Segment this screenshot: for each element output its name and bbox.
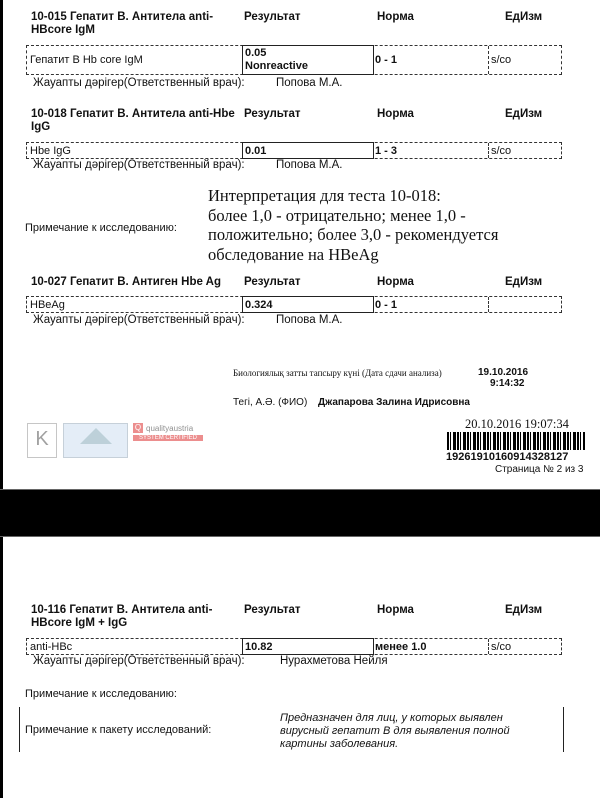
doctor-name: Попова М.А. [276, 314, 343, 326]
result-value: 10.82 [242, 638, 374, 655]
qa-cert: SYSTEM CERTIFIED [133, 435, 203, 441]
result-line: Nonreactive [245, 60, 373, 73]
test-title-line: IgG [31, 121, 246, 134]
param-name: Hbe IgG [30, 145, 71, 157]
param-name: anti-HBc [30, 641, 72, 653]
norm-header: Норма [377, 276, 414, 289]
test-title: 10-018 Гепатит В. Антитела anti-Hbe IgG [31, 108, 246, 134]
test-title-line: 10-018 Гепатит В. Антитела anti-Hbe [31, 108, 246, 121]
norm-value: менее 1.0 [375, 641, 426, 653]
note-label: Примечание к исследованию: [25, 222, 177, 234]
package-note-line: вирусный гепатит В для выявления полной [280, 725, 510, 738]
sample-date-label: Биологиялық затты тапсыру күні (Дата сда… [233, 368, 442, 378]
param-name: HBeAg [30, 299, 65, 311]
result-row: Гепатит В Hb core IgM 0.05 Nonreactive 0… [26, 45, 562, 75]
test-title-line: HBcore IgM + IgG [31, 617, 241, 630]
doctor-name: Попова М.А. [276, 159, 343, 171]
left-edge [0, 0, 3, 798]
unit-value [488, 297, 563, 312]
test-title-line: HBcore IgM [31, 24, 241, 37]
patient-name: Джапарова Залина Идрисовна [318, 397, 470, 408]
euro-asia-logo [63, 423, 128, 458]
result-row: Hbe IgG 0.01 1 - 3 s/co [26, 142, 562, 159]
sample-date: 19.10.2016 9:14:32 [478, 367, 528, 389]
result-header: Результат [244, 276, 300, 289]
package-note-line: картины заболевания. [280, 738, 510, 751]
doctor-name: Попова М.А. [276, 77, 343, 89]
norm-header: Норма [377, 108, 414, 121]
note-line: положительно; более 3,0 - рекомендуется [208, 225, 498, 245]
unit-header: ЕдИзм [505, 108, 542, 121]
result-header: Результат [244, 11, 300, 24]
barcode-number: 19261910160914328127 [446, 451, 568, 463]
unit-value: s/co [488, 639, 563, 654]
doctor-label: Жауапты дәрігер(Ответственный врач): [33, 77, 245, 89]
doctor-name: Нурахметова Нейля [280, 655, 388, 667]
test-title: 10-116 Гепатит В. Антитела anti- HBcore … [31, 604, 241, 630]
sample-date-value: 19.10.2016 [478, 367, 528, 378]
note-line: более 1,0 - отрицательно; менее 1,0 - [208, 206, 498, 226]
result-value: 0.324 [242, 296, 374, 313]
doctor-label: Жауапты дәрігер(Ответственный врач): [33, 314, 245, 326]
q-icon: Q [133, 423, 143, 433]
test-title-line: 10-116 Гепатит В. Антитела anti- [31, 604, 241, 617]
sample-time-value: 9:14:32 [478, 378, 528, 389]
test-title-line: 10-015 Гепатит В. Антитела anti- [31, 11, 241, 24]
name-label: Тегі, А.Ә. (ФИО) [233, 397, 307, 408]
result-line: 0.05 [245, 47, 373, 60]
package-note-line: Предназначен для лиц, у которых выявлен [280, 712, 510, 725]
norm-header: Норма [377, 604, 414, 617]
result-header: Результат [244, 108, 300, 121]
print-datetime: 20.10.2016 19:07:34 [465, 417, 569, 432]
norm-value: 0 - 1 [375, 54, 397, 66]
unit-value: s/co [488, 46, 563, 74]
quality-austria-logo: Q qualityaustria SYSTEM CERTIFIED [133, 423, 203, 456]
result-header: Результат [244, 604, 300, 617]
unit-header: ЕдИзм [505, 276, 542, 289]
unit-header: ЕдИзм [505, 11, 542, 24]
unit-value: s/co [488, 143, 563, 158]
kz-standard-logo: K [27, 423, 57, 458]
test-title: 10-015 Гепатит В. Антитела anti- HBcore … [31, 11, 241, 37]
doctor-label: Жауапты дәрігер(Ответственный врач): [33, 655, 245, 667]
norm-value: 1 - 3 [375, 145, 397, 157]
doctor-label: Жауапты дәрігер(Ответственный врач): [33, 159, 245, 171]
page-number: Страница № 2 из 3 [495, 464, 583, 475]
param-name: Гепатит В Hb core IgM [30, 54, 143, 66]
page-separator [0, 489, 600, 537]
package-note: Предназначен для лиц, у которых выявлен … [280, 712, 510, 751]
note-label: Примечание к исследованию: [25, 688, 177, 700]
result-row: anti-HBc 10.82 менее 1.0 s/co [26, 638, 562, 655]
barcode [447, 432, 585, 450]
norm-value: 0 - 1 [375, 299, 397, 311]
note-line: Интерпретация для теста 10-018: [208, 186, 498, 206]
unit-header: ЕдИзм [505, 604, 542, 617]
package-note-label: Примечание к пакету исследований: [25, 724, 211, 736]
result-value: 0.05 Nonreactive [242, 45, 374, 75]
qa-text: qualityaustria [146, 424, 193, 433]
norm-header: Норма [377, 11, 414, 24]
note-line: обследование на HBeAg [208, 245, 498, 265]
result-row: HBeAg 0.324 0 - 1 [26, 296, 562, 313]
test-title: 10-027 Гепатит В. Антиген Hbe Ag [31, 276, 221, 289]
test-note: Интерпретация для теста 10-018: более 1,… [208, 186, 498, 264]
result-value: 0.01 [242, 142, 374, 159]
